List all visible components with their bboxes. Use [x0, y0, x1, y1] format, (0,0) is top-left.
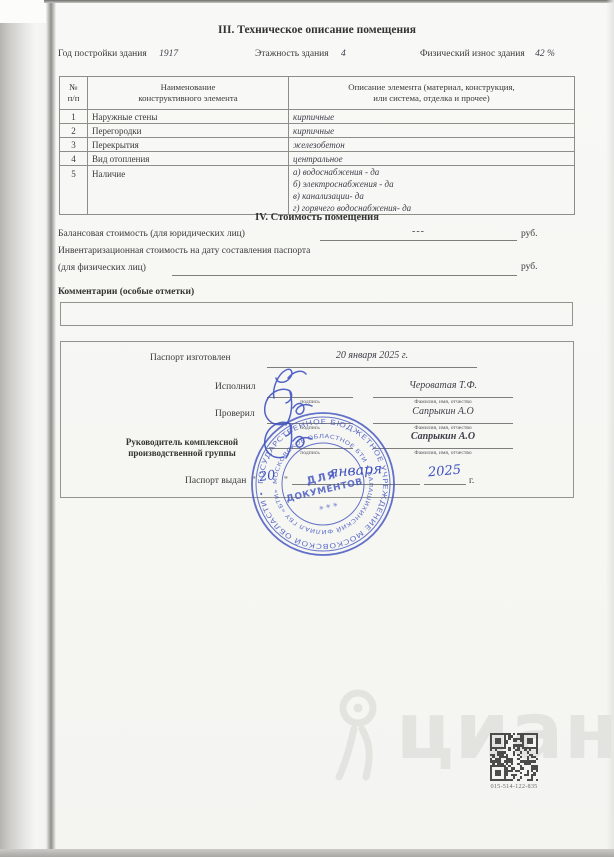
qr-module	[536, 779, 538, 781]
year-built-value: 1917	[159, 49, 178, 59]
row2-desc: кирпичные	[289, 124, 575, 138]
floors-field: Этажность здания 4	[255, 49, 346, 59]
row2-name: Перегородки	[88, 124, 289, 138]
table-row: 2 Перегородки кирпичные	[60, 124, 575, 138]
qr-code	[490, 733, 538, 781]
balance-cost-label: Балансовая стоимость (для юридических ли…	[58, 229, 245, 239]
row4-name: Вид отопления	[88, 152, 289, 166]
passport-issued-label: Паспорт выдан	[185, 476, 246, 486]
section3-title: III. Техническое описание помещения	[60, 24, 574, 36]
cian-watermark: циан	[322, 682, 592, 787]
wear-label: Физический износ здания	[420, 49, 525, 59]
header-desc: Описание элемента (материал, конструкция…	[289, 77, 575, 110]
group-head-label-line1: Руководитель комплексной	[112, 437, 252, 448]
inventory-cost-label-line2: (для физических лиц)	[58, 263, 146, 273]
header-desc-line2: или система, отделка и прочее)	[292, 93, 571, 104]
issued-year-suffix: г.	[469, 476, 474, 486]
table-row: 5 Наличие а) водоснабжения - да б) элект…	[60, 166, 575, 215]
table-header-row: № п/п Наименование конструктивного элеме…	[60, 77, 575, 110]
row4-num: 4	[60, 152, 88, 166]
passport-made-label: Паспорт изготовлен	[150, 353, 231, 363]
row1-num: 1	[60, 110, 88, 124]
wear-value: 42 %	[535, 49, 555, 59]
year-built-label: Год постройки здания	[58, 49, 147, 59]
header-num: № п/п	[60, 77, 88, 110]
header-name-line2: конструктивного элемента	[91, 93, 285, 104]
balance-cost-value: ---	[320, 226, 517, 241]
group-head-label: Руководитель комплексной производственно…	[112, 437, 252, 458]
inventory-cost-label-line1: Инвентаризационная стоимость на дату сос…	[58, 246, 310, 256]
stamp-stars: ✳ ✳ ✳	[318, 501, 338, 512]
row1-desc: кирпичные	[289, 110, 575, 124]
header-desc-line1: Описание элемента (материал, конструкция…	[292, 82, 571, 93]
comments-box	[60, 302, 573, 326]
row5-name: Наличие	[88, 166, 289, 215]
row1-name: Наружные стены	[88, 110, 289, 124]
section4-title: IV. Стоимость помещения	[60, 212, 574, 223]
row5-desc-line2: б) электроснабжения - да	[293, 178, 570, 190]
row5-desc: а) водоснабжения - да б) электроснабжени…	[289, 166, 575, 215]
floors-value: 4	[341, 49, 346, 59]
header-num-line1: №	[63, 82, 84, 93]
balance-currency: руб.	[521, 229, 537, 239]
cian-logo-figure-icon	[322, 684, 394, 784]
scan-edge-bottom	[0, 849, 614, 857]
year-built-field: Год постройки здания 1917	[58, 49, 178, 59]
row3-num: 3	[60, 138, 88, 152]
row5-num: 5	[60, 166, 88, 215]
scan-edge-left	[0, 0, 56, 857]
table-row: 3 Перекрытия железобетон	[60, 138, 575, 152]
comments-label: Комментарии (особые отметки)	[58, 287, 194, 297]
wear-field: Физический износ здания 42 %	[420, 49, 555, 59]
table-row: 1 Наружные стены кирпичные	[60, 110, 575, 124]
header-num-line2: п/п	[63, 93, 84, 104]
qr-code-label: 015-514-122-835	[482, 783, 546, 790]
header-name-line1: Наименование	[91, 82, 285, 93]
scan-edge-top	[44, 0, 614, 3]
construction-elements-table: № п/п Наименование конструктивного элеме…	[59, 76, 575, 215]
row5-desc-line1: а) водоснабжения - да	[293, 166, 570, 178]
inventory-currency: руб.	[521, 262, 537, 272]
floors-label: Этажность здания	[255, 49, 329, 59]
official-stamp: ГОСУДАРСТВЕННОЕ БЮДЖЕТНОЕ УЧРЕЖДЕНИЕ МОС…	[248, 409, 398, 559]
header-name: Наименование конструктивного элемента	[88, 77, 289, 110]
row5-desc-line3: в) канализации- да	[293, 190, 570, 202]
row4-desc: центральное	[289, 152, 575, 166]
group-head-label-line2: производственной группы	[112, 448, 252, 459]
row2-num: 2	[60, 124, 88, 138]
row3-desc: железобетон	[289, 138, 575, 152]
scanned-page: циан III. Техническое описание помещения…	[0, 0, 614, 857]
table-row: 4 Вид отопления центральное	[60, 152, 575, 166]
inventory-cost-value-line	[172, 261, 517, 276]
row3-name: Перекрытия	[88, 138, 289, 152]
scan-corner-top-left	[0, 0, 46, 23]
